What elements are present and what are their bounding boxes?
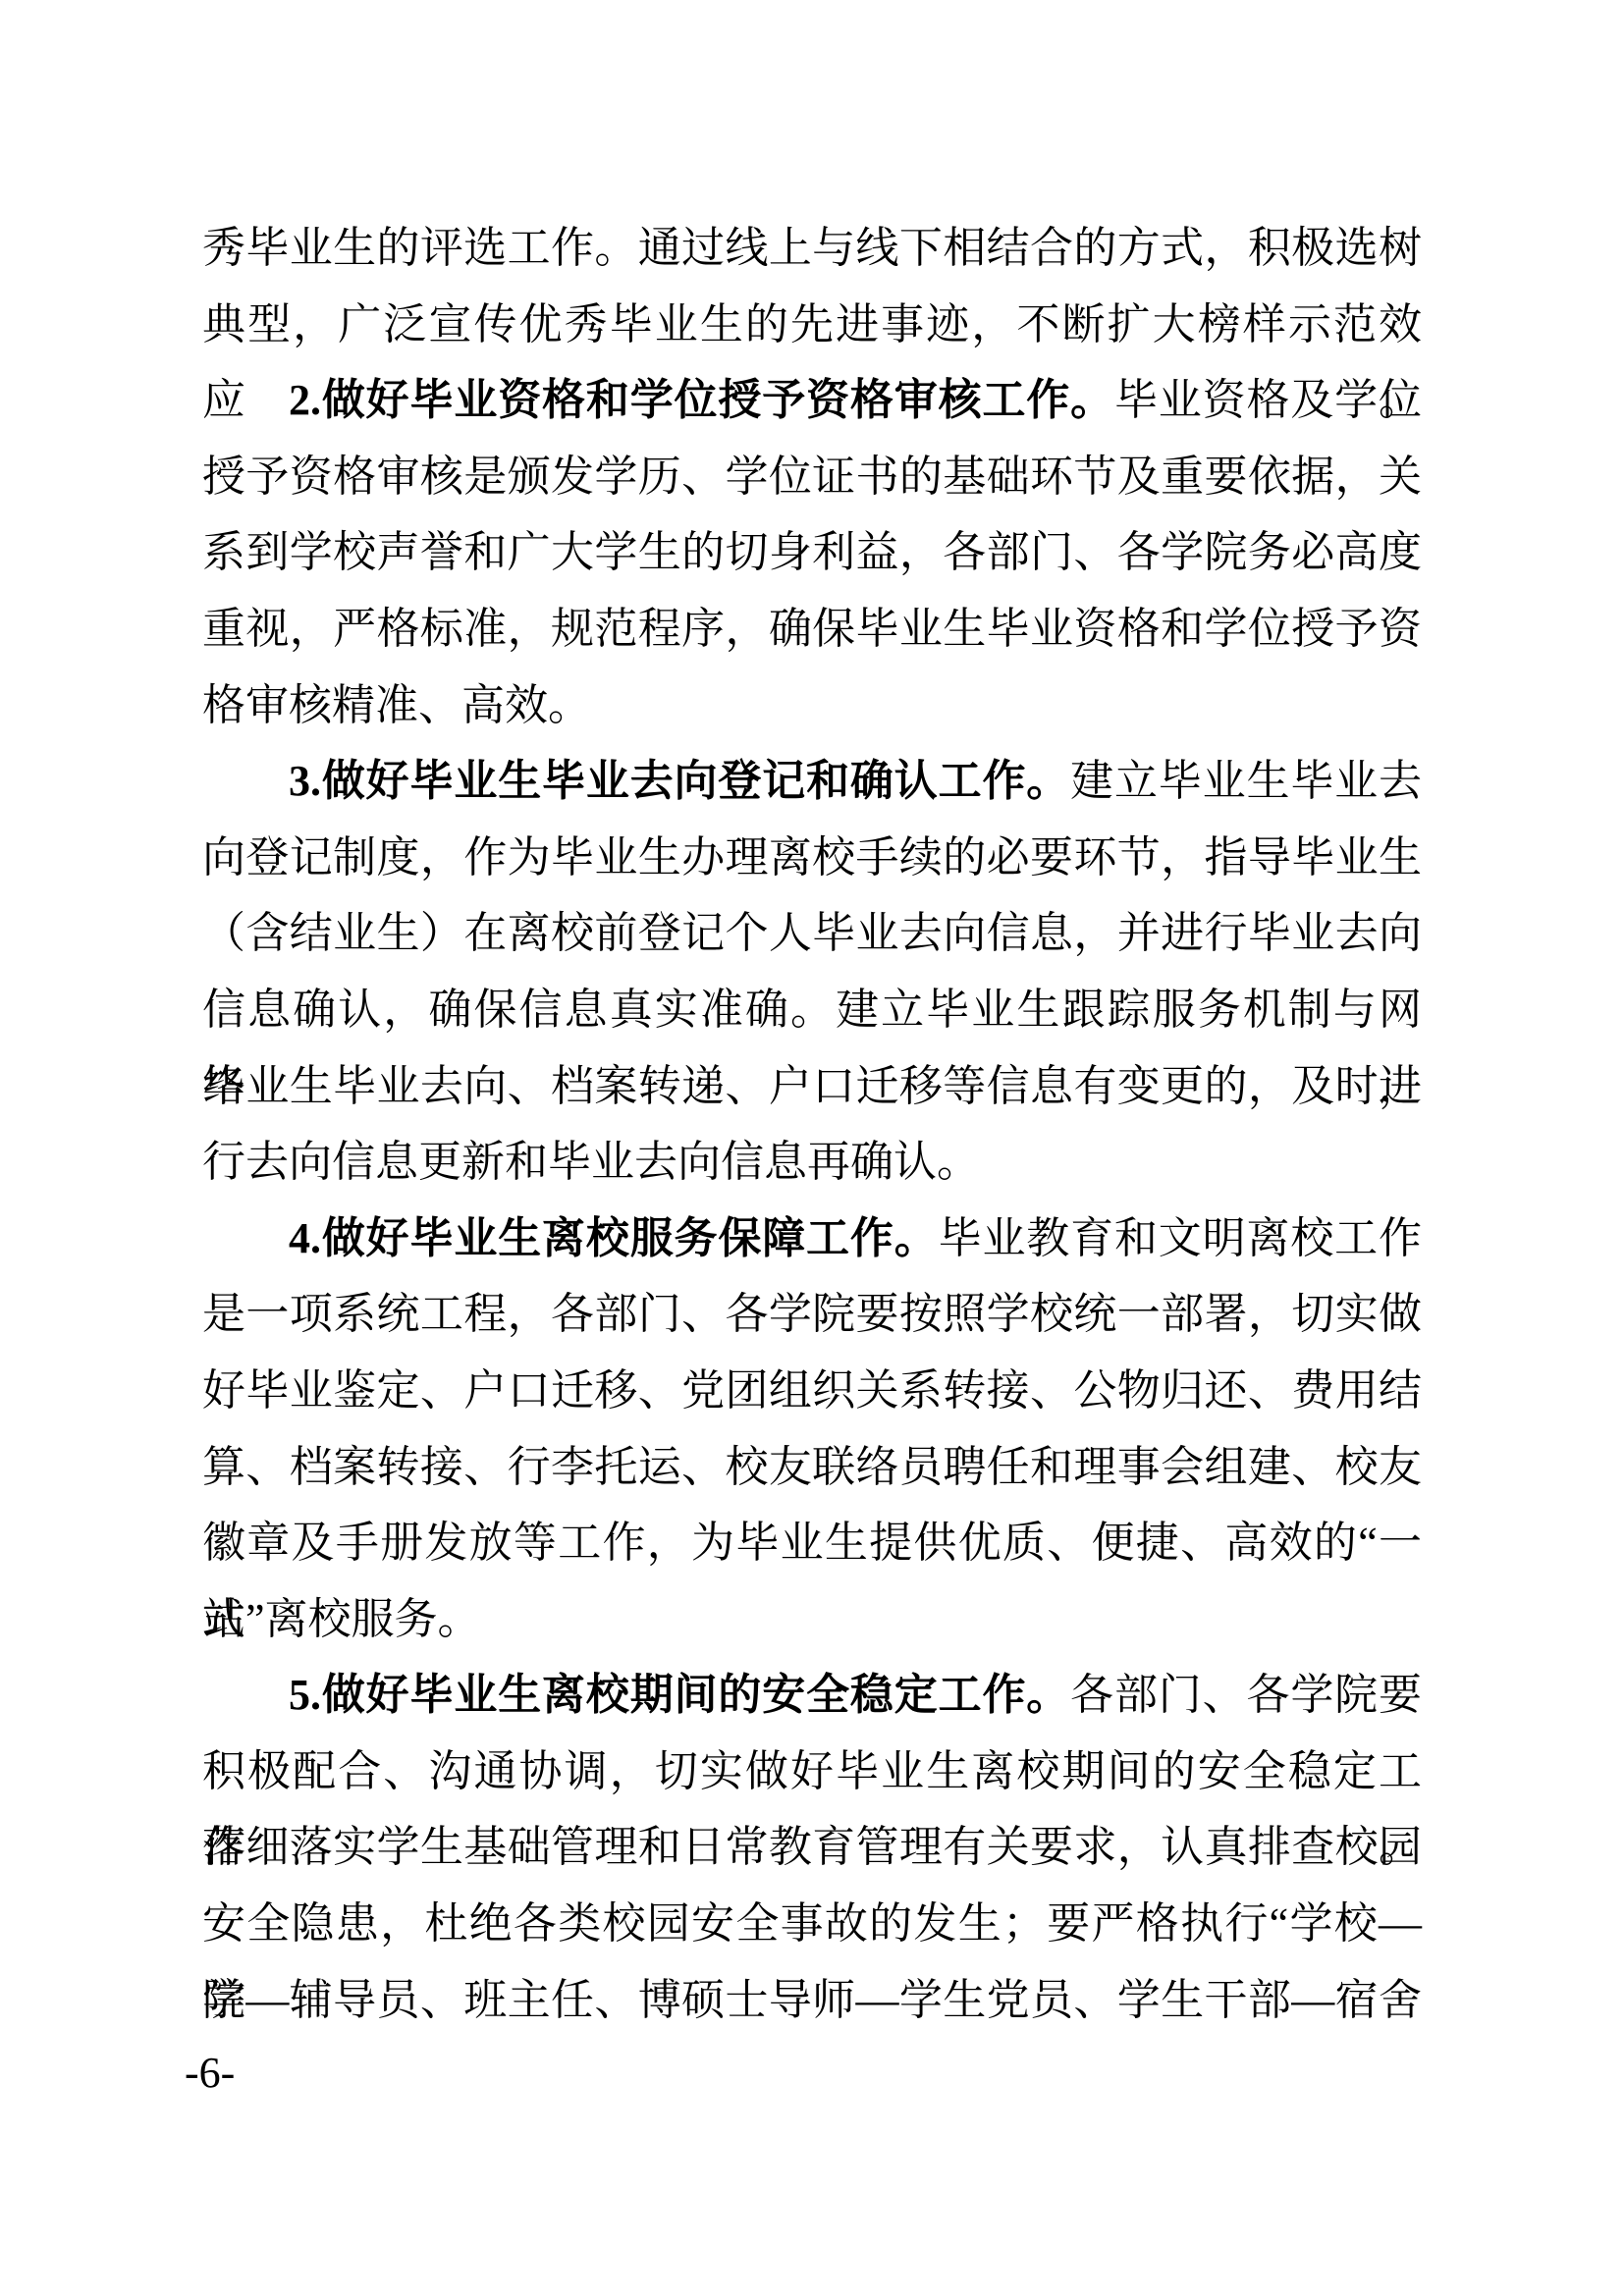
paragraph-heading: 3.做好毕业生毕业去向登记和确认工作。 (289, 757, 1070, 805)
paragraph-text: 毕业资格及学位 (1114, 376, 1422, 424)
paragraph-text: 是一项系统工程，各部门、各学院要按照学校统一部署，切实做 (202, 1290, 1422, 1338)
paragraph-text: 重视，严格标准，规范程序，确保毕业生毕业资格和学位授予资 (202, 605, 1422, 653)
paragraph-text: 建立毕业生毕业去 (1070, 757, 1422, 805)
text-line: 信息确认，确保信息真实准确。建立毕业生跟踪服务机制与网络， (202, 972, 1422, 1048)
paragraph-text: 行去向信息更新和毕业去向信息再确认。 (202, 1138, 980, 1186)
text-line: 好毕业鉴定、户口迁移、党团组织关系转接、公物归还、费用结 (202, 1353, 1422, 1429)
paragraph-text: 授予资格审核是颁发学历、学位证书的基础环节及重要依据，关 (202, 453, 1422, 501)
text-line: 安全隐患，杜绝各类校园安全事故的发生；要严格执行“学校—学 (202, 1886, 1422, 1962)
paragraph-heading: 5.做好毕业生离校期间的安全稳定工作。 (289, 1671, 1070, 1719)
text-line: 3.做好毕业生毕业去向登记和确认工作。建立毕业生毕业去 (202, 743, 1422, 820)
text-line: 5.做好毕业生离校期间的安全稳定工作。各部门、各学院要 (202, 1657, 1422, 1734)
paragraph-text: 院—辅导员、班主任、博硕士导师—学生党员、学生干部—宿舍 (202, 1976, 1422, 2024)
text-line: 算、档案转接、行李托运、校友联络员聘任和理事会组建、校友 (202, 1429, 1422, 1506)
text-line: 4.做好毕业生离校服务保障工作。毕业教育和文明离校工作 (202, 1201, 1422, 1277)
text-line: 毕业生毕业去向、档案转递、户口迁移等信息有变更的，及时进 (202, 1048, 1422, 1125)
text-line: 系到学校声誉和广大学生的切身利益，各部门、各学院务必高度 (202, 514, 1422, 591)
paragraph-heading: 2.做好毕业资格和学位授予资格审核工作。 (289, 376, 1114, 424)
text-line: 积极配合、沟通协调，切实做好毕业生离校期间的安全稳定工作。 (202, 1734, 1422, 1810)
text-line: （含结业生）在离校前登记个人毕业去向信息，并进行毕业去向 (202, 895, 1422, 972)
document-body: 秀毕业生的评选工作。通过线上与线下相结合的方式，积极选树典型，广泛宣传优秀毕业生… (202, 210, 1422, 2038)
paragraph-heading: 4.做好毕业生离校服务保障工作。 (289, 1214, 939, 1262)
text-line: 典型，广泛宣传优秀毕业生的先进事迹，不断扩大榜样示范效应。 (202, 287, 1422, 363)
text-line: 向登记制度，作为毕业生办理离校手续的必要环节，指导毕业生 (202, 820, 1422, 896)
text-line: 院—辅导员、班主任、博硕士导师—学生党员、学生干部—宿舍 (202, 1962, 1422, 2039)
paragraph-text: 式”离校服务。 (202, 1595, 481, 1643)
text-line: 是一项系统工程，各部门、各学院要按照学校统一部署，切实做 (202, 1276, 1422, 1353)
text-line: 徽章及手册发放等工作，为毕业生提供优质、便捷、高效的“一站 (202, 1505, 1422, 1581)
page-number: -6- (185, 2044, 235, 2103)
paragraph-text: 好毕业鉴定、户口迁移、党团组织关系转接、公物归还、费用结 (202, 1366, 1422, 1415)
text-line: 落细落实学生基础管理和日常教育管理有关要求，认真排查校园 (202, 1809, 1422, 1886)
paragraph-text: 格审核精准、高效。 (202, 681, 591, 729)
paragraph-text: 向登记制度，作为毕业生办理离校手续的必要环节，指导毕业生 (202, 833, 1422, 881)
paragraph-text: 系到学校声誉和广大学生的切身利益，各部门、各学院务必高度 (202, 528, 1422, 576)
text-line: 2.做好毕业资格和学位授予资格审核工作。毕业资格及学位 (202, 362, 1422, 439)
paragraph-text: （含结业生）在离校前登记个人毕业去向信息，并进行毕业去向 (202, 909, 1422, 957)
text-line: 格审核精准、高效。 (202, 667, 1422, 744)
text-line: 行去向信息更新和毕业去向信息再确认。 (202, 1124, 1422, 1201)
paragraph-text: 秀毕业生的评选工作。通过线上与线下相结合的方式，积极选树 (202, 224, 1422, 272)
paragraph-text: 毕业生毕业去向、档案转递、户口迁移等信息有变更的，及时进 (202, 1062, 1422, 1110)
text-line: 式”离校服务。 (202, 1581, 1422, 1658)
text-line: 重视，严格标准，规范程序，确保毕业生毕业资格和学位授予资 (202, 591, 1422, 667)
text-line: 秀毕业生的评选工作。通过线上与线下相结合的方式，积极选树 (202, 210, 1422, 287)
paragraph-text: 各部门、各学院要 (1070, 1671, 1422, 1719)
paragraph-text: 算、档案转接、行李托运、校友联络员聘任和理事会组建、校友 (202, 1443, 1422, 1491)
paragraph-text: 毕业教育和文明离校工作 (939, 1214, 1422, 1262)
paragraph-text: 落细落实学生基础管理和日常教育管理有关要求，认真排查校园 (202, 1823, 1422, 1871)
document-page: 秀毕业生的评选工作。通过线上与线下相结合的方式，积极选树典型，广泛宣传优秀毕业生… (0, 0, 1624, 2296)
text-line: 授予资格审核是颁发学历、学位证书的基础环节及重要依据，关 (202, 439, 1422, 515)
